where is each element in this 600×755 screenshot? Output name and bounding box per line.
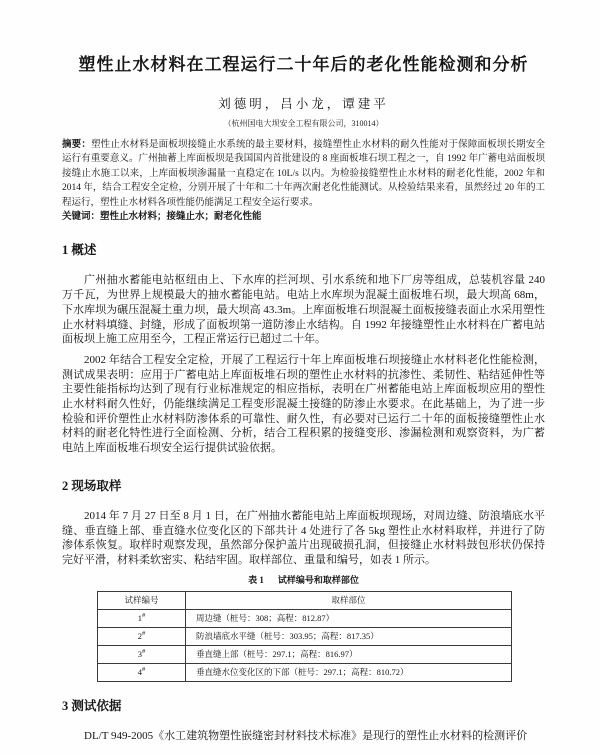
section-heading-2: 2 现场取样: [62, 478, 545, 495]
sample-id: 1#: [98, 609, 186, 627]
section-2-paragraph-1: 2014 年 7 月 27 日至 8 月 1 日，在广州抽水蓄能电站上库面板坝现…: [62, 509, 545, 568]
sample-location: 垂直缝水位变化区的下部（桩号：297.1；高程：810.72）: [186, 663, 512, 681]
section-1-paragraph-1: 广州抽水蓄能电站枢纽由上、下水库的拦河坝、引水系统和地下厂房等组成，总装机容量 …: [62, 273, 545, 347]
abstract-label: 摘要：: [62, 140, 91, 150]
sample-id: 4#: [98, 663, 186, 681]
hash-superscript: #: [142, 648, 145, 655]
table-row: 1# 周边缝（桩号：308；高程：812.87）: [98, 609, 512, 627]
table-row: 3# 垂直缝上部（桩号：297.1；高程：816.97）: [98, 645, 512, 663]
section-3-paragraph-1: DL/T 949-2005《水工建筑物塑性嵌缝密封材料技术标准》是现行的塑性止水…: [62, 729, 545, 744]
authors-line: 刘德明，吕小龙，谭建平: [62, 96, 545, 113]
table-caption-label: 表 1: [248, 575, 264, 585]
sample-location: 垂直缝上部（桩号：297.1；高程：816.97）: [186, 645, 512, 663]
hash-superscript: #: [142, 630, 145, 637]
keywords-text: 塑性止水材料；接缝止水；耐老化性能: [100, 212, 262, 222]
hash-superscript: #: [142, 666, 145, 673]
sample-table: 试样编号 取样部位 1# 周边缝（桩号：308；高程：812.87） 2# 防浪…: [97, 591, 512, 682]
page-title: 塑性止水材料在工程运行二十年后的老化性能检测和分析: [62, 54, 545, 76]
hash-superscript: #: [142, 612, 145, 619]
table-caption-title: 试样编号和取样部位: [278, 575, 359, 585]
sample-id: 2#: [98, 627, 186, 645]
table-row: 4# 垂直缝水位变化区的下部（桩号：297.1；高程：810.72）: [98, 663, 512, 681]
sample-location: 周边缝（桩号：308；高程：812.87）: [186, 609, 512, 627]
sample-id: 3#: [98, 645, 186, 663]
abstract-block: 摘要：塑性止水材料是面板坝接缝止水系统的最主要材料，接缝塑性止水材料的耐久性能对…: [62, 138, 545, 210]
section-1-paragraph-2: 2002 年结合工程安全定检，开展了工程运行十年上库面板堆石坝接缝止水材料老化性…: [62, 353, 545, 456]
scanned-paper-page: 塑性止水材料在工程运行二十年后的老化性能检测和分析 刘德明，吕小龙，谭建平 （杭…: [0, 0, 600, 755]
table-header-id: 试样编号: [98, 591, 186, 609]
table-row: 2# 防浪墙底水平缝（桩号：303.95；高程：817.35）: [98, 627, 512, 645]
table-header-location: 取样部位: [186, 591, 512, 609]
table-header-row: 试样编号 取样部位: [98, 591, 512, 609]
section-heading-1: 1 概述: [62, 242, 545, 259]
keywords-label: 关键词：: [62, 212, 100, 222]
abstract-text: 塑性止水材料是面板坝接缝止水系统的最主要材料，接缝塑性止水材料的耐久性能对于保障…: [62, 140, 545, 208]
sample-location: 防浪墙底水平缝（桩号：303.95；高程：817.35）: [186, 627, 512, 645]
keywords-line: 关键词：塑性止水材料；接缝止水；耐老化性能: [62, 210, 545, 224]
table-caption: 表 1试样编号和取样部位: [62, 574, 545, 587]
affiliation-line: （杭州国电大坝安全工程有限公司，310014）: [62, 118, 545, 129]
section-heading-3: 3 测试依据: [62, 698, 545, 715]
